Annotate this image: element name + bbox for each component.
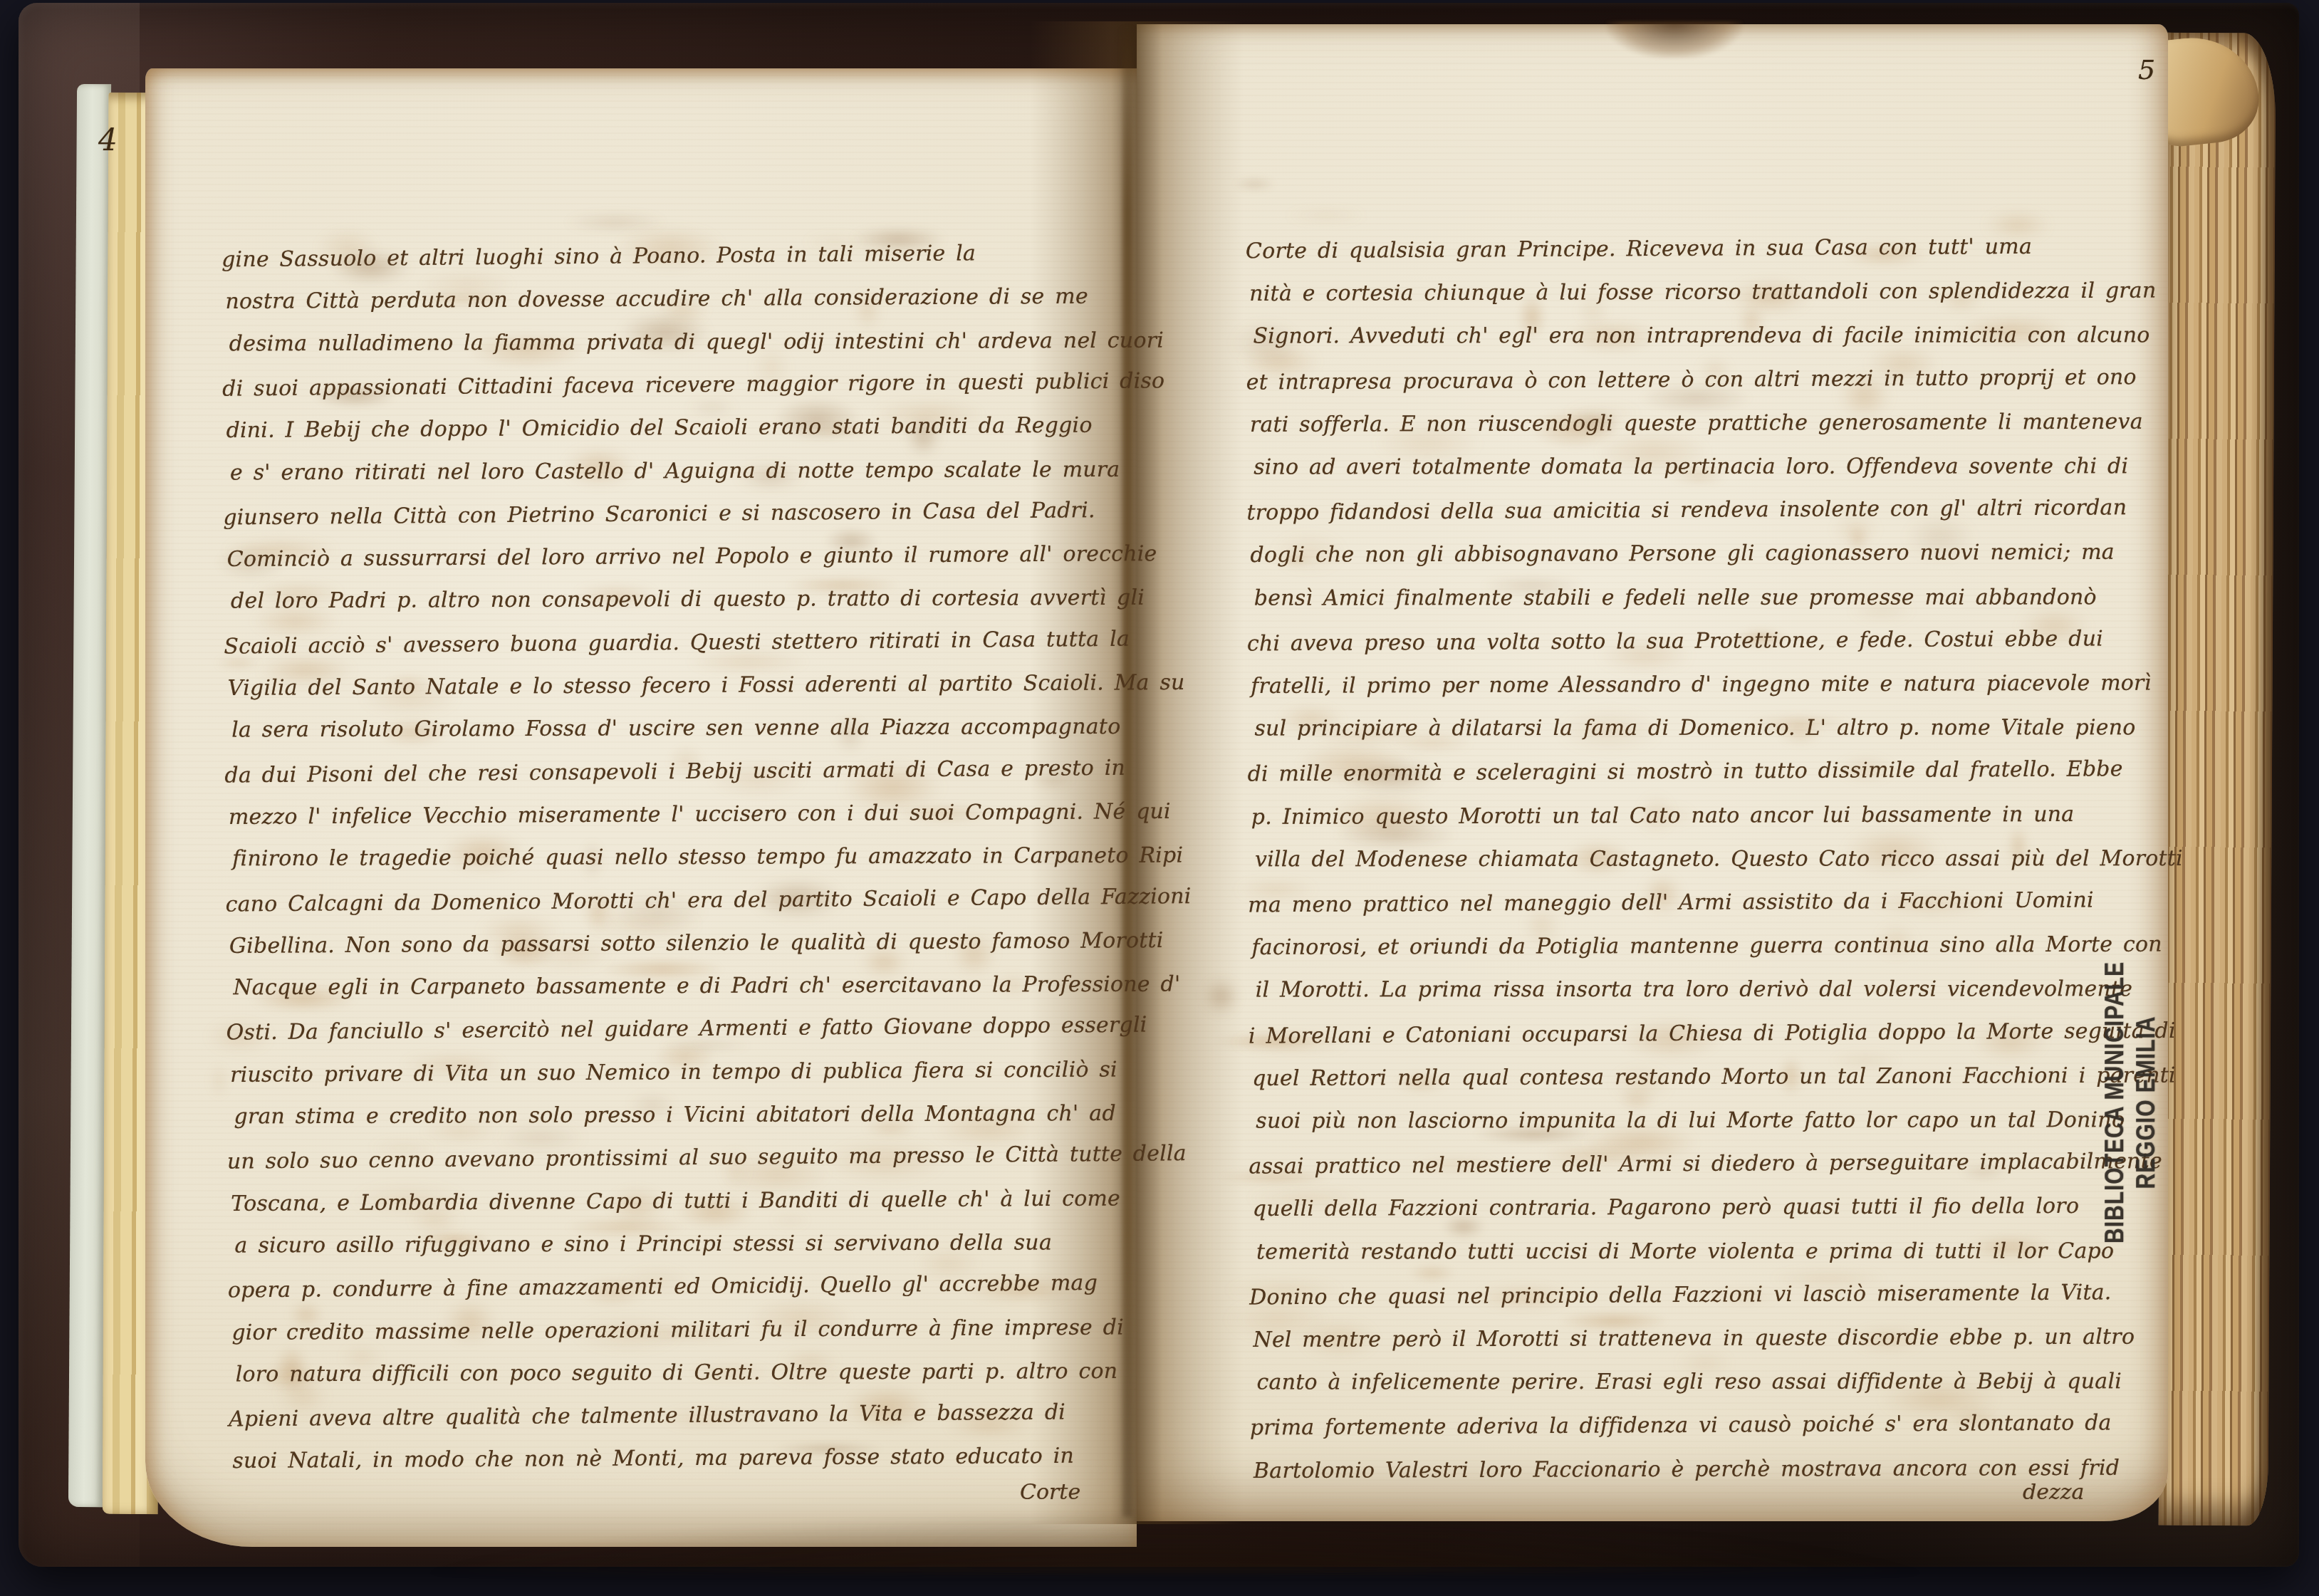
manuscript-line: quel Rettori nella qual contesa restando… (1252, 1063, 2176, 1091)
manuscript-line: Nacque egli in Carpaneto bassamente e di… (233, 971, 1180, 1000)
burn-stain (1607, 21, 1742, 58)
manuscript-line: dini. I Bebij che doppo l' Omicidio del … (226, 413, 1092, 443)
foxing-stain (1408, 1263, 1456, 1283)
manuscript-line: Signori. Avveduti ch' egl' era non intra… (1253, 323, 2149, 348)
manuscript-line: e s' erano ritirati nel loro Castello d'… (230, 457, 1120, 486)
manuscript-line: rati sofferla. E non riuscendogli queste… (1250, 410, 2143, 437)
manuscript-line: desima nulladimeno la fiamma privata di … (229, 328, 1164, 357)
manuscript-line: la sera risoluto Girolamo Fossa d' uscir… (231, 714, 1120, 743)
manuscript-line: facinorosi, et oriundi da Potiglia mante… (1251, 932, 2162, 960)
right-page-edge-stack (2159, 33, 2276, 1526)
foxing-stain (1678, 1357, 1731, 1370)
manuscript-line: suoi più non lasciorno impunita la di lu… (1256, 1107, 2125, 1133)
foxing-stain (494, 1127, 588, 1149)
manuscript-line: canto à infelicemente perire. Erasi egli… (1257, 1369, 2122, 1394)
folio-number-left: 4 (98, 122, 118, 157)
manuscript-line: Donino che quasi nel principio della Faz… (1249, 1280, 2112, 1310)
manuscript-line: gran stima e credito non solo presso i V… (234, 1101, 1115, 1130)
manuscript-line: a sicuro asillo rifuggivano e sino i Pri… (235, 1230, 1052, 1258)
manuscript-line: loro natura difficili con poco seguito d… (236, 1359, 1118, 1387)
manuscript-line: suoi Natali, in modo che non nè Monti, m… (232, 1444, 1074, 1474)
manuscript-scan: { "document": { "type": "handwritten man… (0, 0, 2319, 1596)
foxing-stain (209, 1063, 229, 1100)
manuscript-line: villa del Modenese chiamata Castagneto. … (1255, 846, 2183, 872)
manuscript-line: Bartolomio Valestri loro Faccionario è p… (1254, 1456, 2120, 1483)
manuscript-line: prima fortemente aderiva la diffidenza v… (1250, 1410, 2112, 1440)
folio-number-right: 5 (2138, 54, 2155, 85)
manuscript-line: sul principiare à dilatarsi la fama di D… (1254, 715, 2135, 741)
foxing-stain (1283, 210, 1370, 221)
manuscript-line: p. Inimico questo Morotti un tal Cato na… (1251, 802, 2075, 830)
manuscript-line: chi aveva preso una volta sotto la sua P… (1247, 626, 2103, 656)
manuscript-line: nità e cortesia chiunque à lui fosse ric… (1249, 278, 2156, 306)
manuscript-line: Nel mentre però il Morotti si tratteneva… (1253, 1325, 2135, 1352)
catchword-right: dezza (2023, 1480, 2084, 1505)
foxing-stain (770, 1215, 811, 1225)
manuscript-line: di mille enormità e sceleragini si mostr… (1248, 756, 2123, 786)
manuscript-line: finirono le tragedie poiché quasi nello … (232, 843, 1183, 871)
manuscript-line: il Morotti. La prima rissa insorta tra l… (1256, 976, 2133, 1002)
manuscript-line: del loro Padri p. altro non consapevoli … (231, 585, 1145, 614)
manuscript-line: troppo fidandosi della sua amicitia si r… (1246, 495, 2127, 525)
foxing-stain (687, 403, 737, 413)
manuscript-line: fratelli, il primo per nome Alessandro d… (1251, 671, 2151, 699)
manuscript-line: temerità restando tutti uccisi di Morte … (1256, 1238, 2114, 1264)
manuscript-line: sino ad averi totalmente domata la perti… (1254, 454, 2128, 479)
manuscript-line: et intrapresa procurava ò con lettere ò … (1246, 365, 2137, 395)
foxing-stain (1203, 978, 1239, 1015)
manuscript-line: dogli che non gli abbisognavano Persone … (1250, 540, 2114, 568)
manuscript-line: ma meno prattico nel maneggio dell' Armi… (1248, 887, 2094, 917)
manuscript-line: bensì Amici finalmente stabili e fedeli … (1254, 585, 2097, 610)
foxing-stain (563, 212, 669, 232)
catchword-left: Corte (1020, 1480, 1080, 1505)
foxing-stain (1233, 177, 1276, 192)
manuscript-line: quelli della Fazzioni contraria. Pagaron… (1253, 1194, 2079, 1221)
manuscript-line: Corte di qualsisia gran Principe. Riceve… (1246, 234, 2032, 264)
manuscript-line: nostra Città perduta non dovesse accudir… (225, 284, 1088, 314)
